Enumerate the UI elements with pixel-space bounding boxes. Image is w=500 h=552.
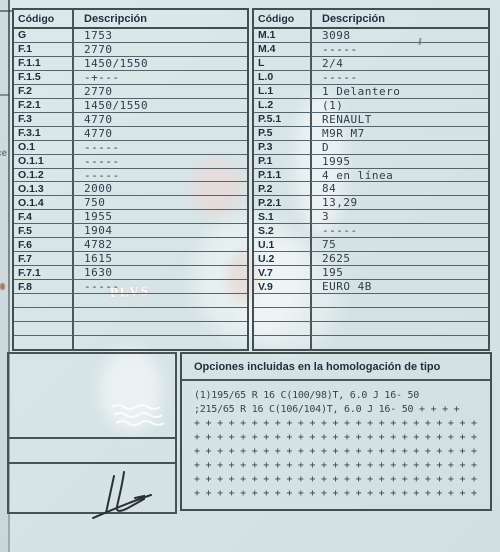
row-code: S.1	[254, 210, 312, 223]
table-row: P.3 D	[254, 140, 488, 154]
row-code: O.1	[14, 141, 74, 154]
table-row: F.2.1 1450/1550	[14, 98, 247, 112]
table-row: M.1 3098	[254, 29, 488, 42]
row-code: F.7.1	[14, 266, 74, 279]
row-value: 1615	[74, 252, 247, 265]
row-value: -----	[312, 224, 488, 237]
row-value	[74, 336, 247, 349]
table-row: L.1 1 Delantero	[254, 84, 488, 98]
codigo-table-right: Código Descripción M.1 3098 M.4 ----- L …	[252, 8, 490, 351]
row-code: M.1	[254, 29, 312, 42]
row-code: P.3	[254, 141, 312, 154]
table-row	[254, 321, 488, 335]
table-row: F.3.1 4770	[14, 126, 247, 140]
table-row: L.0 -----	[254, 70, 488, 84]
options-box: Opciones incluidas en la homologación de…	[180, 352, 492, 511]
table-row: S.2 -----	[254, 223, 488, 237]
row-code: F.2	[14, 85, 74, 98]
row-value	[74, 294, 247, 307]
row-code: F.3	[14, 113, 74, 126]
row-value: (1)	[312, 99, 488, 112]
table-row: F.1.5 -+---	[14, 70, 247, 84]
row-code: V.7	[254, 266, 312, 279]
table-row: L.2 (1)	[254, 98, 488, 112]
row-code	[254, 322, 312, 335]
table-row: M.4 -----	[254, 42, 488, 56]
table-row: F.1.1 1450/1550	[14, 56, 247, 70]
row-value: 1995	[312, 155, 488, 168]
options-line: + + + + + + + + + + + + + + + + + + + + …	[194, 431, 490, 445]
options-line: + + + + + + + + + + + + + + + + + + + + …	[194, 417, 490, 431]
row-code: P.5.1	[254, 113, 312, 126]
table-body: M.1 3098 M.4 ----- L 2/4 L.0 -----	[254, 29, 488, 349]
row-value: 3	[312, 210, 488, 223]
table-row: P.2 84	[254, 181, 488, 195]
row-code	[14, 322, 74, 335]
table-body: G 1753 F.1 2770 F.1.1 1450/1550 F.1.5 -+…	[14, 29, 247, 349]
header-descripcion: Descripción	[312, 10, 488, 27]
row-value	[312, 336, 488, 349]
row-code: P.1.1	[254, 169, 312, 182]
row-code	[254, 294, 312, 307]
row-code	[254, 336, 312, 349]
table-row: G 1753	[14, 29, 247, 42]
options-line: + + + + + + + + + + + + + + + + + + + + …	[194, 487, 490, 501]
row-code: U.2	[254, 252, 312, 265]
table-row: O.1.3 2000	[14, 181, 247, 195]
row-value: 1450/1550	[74, 57, 247, 70]
table-row: F.7.1 1630	[14, 265, 247, 279]
row-code	[14, 294, 74, 307]
row-code: F.1.5	[14, 71, 74, 84]
table-row: U.1 75	[254, 237, 488, 251]
table-row: F.6 4782	[14, 237, 247, 251]
row-code: P.2	[254, 182, 312, 195]
table-row: V.7 195	[254, 265, 488, 279]
row-code: G	[14, 29, 74, 42]
row-code	[14, 336, 74, 349]
options-line: + + + + + + + + + + + + + + + + + + + + …	[194, 459, 490, 473]
row-value: M9R M7	[312, 127, 488, 140]
row-value: 13,29	[312, 196, 488, 209]
row-value	[74, 322, 247, 335]
row-value: 750	[74, 196, 247, 209]
row-value: 1450/1550	[74, 99, 247, 112]
row-value: -----	[312, 43, 488, 56]
row-value: D	[312, 141, 488, 154]
table-row	[14, 321, 247, 335]
table-row: F.1 2770	[14, 42, 247, 56]
table-header-row: Código Descripción	[254, 10, 488, 29]
row-code: O.1.3	[14, 182, 74, 195]
table-row: F.3 4770	[14, 112, 247, 126]
row-value: 1 Delantero	[312, 85, 488, 98]
table-row: P.1.1 4 en línea	[254, 168, 488, 182]
row-code: F.1.1	[14, 57, 74, 70]
row-value: RENAULT	[312, 113, 488, 126]
table-row: F.7 1615	[14, 251, 247, 265]
row-value: 3098	[312, 29, 488, 42]
row-code: M.4	[254, 43, 312, 56]
row-code: F.2.1	[14, 99, 74, 112]
table-row	[254, 293, 488, 307]
options-line: + + + + + + + + + + + + + + + + + + + + …	[194, 445, 490, 459]
row-value: 195	[312, 266, 488, 279]
table-row	[254, 335, 488, 349]
row-value: 4782	[74, 238, 247, 251]
codigo-table-left: Código Descripción G 1753 F.1 2770 F.1.1…	[12, 8, 249, 351]
options-line: + + + + + + + + + + + + + + + + + + + + …	[194, 473, 490, 487]
row-value: 2770	[74, 85, 247, 98]
row-value: 1955	[74, 210, 247, 223]
table-row: L 2/4	[254, 56, 488, 70]
options-content: (1)195/65 R 16 C(100/98)T, 6.0 J 16- 50 …	[182, 381, 490, 509]
row-code: F.4	[14, 210, 74, 223]
table-row: O.1.2 -----	[14, 168, 247, 182]
table-row: P.1 1995	[254, 154, 488, 168]
row-code: F.7	[14, 252, 74, 265]
row-value: 1904	[74, 224, 247, 237]
row-code: U.1	[254, 238, 312, 251]
row-value	[74, 308, 247, 321]
row-code: F.5	[14, 224, 74, 237]
table-row: P.5 M9R M7	[254, 126, 488, 140]
row-value: 4770	[74, 113, 247, 126]
table-row: F.2 2770	[14, 84, 247, 98]
row-code	[14, 308, 74, 321]
header-codigo: Código	[254, 10, 312, 27]
row-value: EURO 4B	[312, 280, 488, 293]
row-value	[312, 294, 488, 307]
table-row: P.2.1 13,29	[254, 195, 488, 209]
row-value: -----	[74, 141, 247, 154]
row-value: -+---	[74, 71, 247, 84]
row-code: S.2	[254, 224, 312, 237]
row-code: L.1	[254, 85, 312, 98]
row-value: 2000	[74, 182, 247, 195]
table-row	[14, 293, 247, 307]
row-value	[312, 322, 488, 335]
row-code: O.1.1	[14, 155, 74, 168]
row-code: O.1.4	[14, 196, 74, 209]
table-row: P.5.1 RENAULT	[254, 112, 488, 126]
empty-strip	[9, 437, 175, 462]
row-code: P.2.1	[254, 196, 312, 209]
header-codigo: Código	[14, 10, 74, 27]
row-code: L.2	[254, 99, 312, 112]
row-value: 2625	[312, 252, 488, 265]
row-code	[254, 308, 312, 321]
table-row: F.4 1955	[14, 209, 247, 223]
table-row: O.1.4 750	[14, 195, 247, 209]
clipped-edge-text: ce	[0, 148, 7, 159]
row-code: L	[254, 57, 312, 70]
row-code: P.1	[254, 155, 312, 168]
row-code: F.3.1	[14, 127, 74, 140]
header-descripcion: Descripción	[74, 10, 247, 27]
options-line: (1)195/65 R 16 C(100/98)T, 6.0 J 16- 50	[194, 389, 490, 403]
table-row: S.1 3	[254, 209, 488, 223]
table-row: U.2 2625	[254, 251, 488, 265]
table-row	[254, 307, 488, 321]
row-code: F.6	[14, 238, 74, 251]
stamp-box	[9, 354, 175, 437]
row-value: 2/4	[312, 57, 488, 70]
scanned-homologation-card: PLVS ce Código Descripción G 1753	[0, 0, 500, 552]
handwritten-signature	[87, 462, 162, 524]
row-value: 2770	[74, 43, 247, 56]
rust-speck	[0, 283, 5, 290]
row-code: L.0	[254, 71, 312, 84]
table-row	[14, 335, 247, 349]
row-value: 4 en línea	[312, 169, 488, 182]
options-title: Opciones incluidas en la homologación de…	[182, 354, 490, 381]
scan-edge-line	[0, 94, 9, 96]
table-row: F.5 1904	[14, 223, 247, 237]
table-row: F.8 -----	[14, 279, 247, 293]
row-code: P.5	[254, 127, 312, 140]
row-value: 84	[312, 182, 488, 195]
table-header-row: Código Descripción	[14, 10, 247, 29]
table-row	[14, 307, 247, 321]
row-value: -----	[74, 155, 247, 168]
row-value: -----	[74, 169, 247, 182]
row-value: 1630	[74, 266, 247, 279]
row-code: O.1.2	[14, 169, 74, 182]
row-value	[312, 308, 488, 321]
table-row: O.1.1 -----	[14, 154, 247, 168]
row-value: 4770	[74, 127, 247, 140]
row-value: -----	[312, 71, 488, 84]
table-row: O.1 -----	[14, 140, 247, 154]
row-value: -----	[74, 280, 247, 293]
row-code: F.1	[14, 43, 74, 56]
row-code: F.8	[14, 280, 74, 293]
row-code: V.9	[254, 280, 312, 293]
row-value: 1753	[74, 29, 247, 42]
options-line: ;215/65 R 16 C(106/104)T, 6.0 J 16- 50 +…	[194, 403, 490, 417]
stamp-signature-panel	[7, 352, 177, 514]
table-row: V.9 EURO 4B	[254, 279, 488, 293]
row-value: 75	[312, 238, 488, 251]
signature-box	[9, 462, 175, 512]
